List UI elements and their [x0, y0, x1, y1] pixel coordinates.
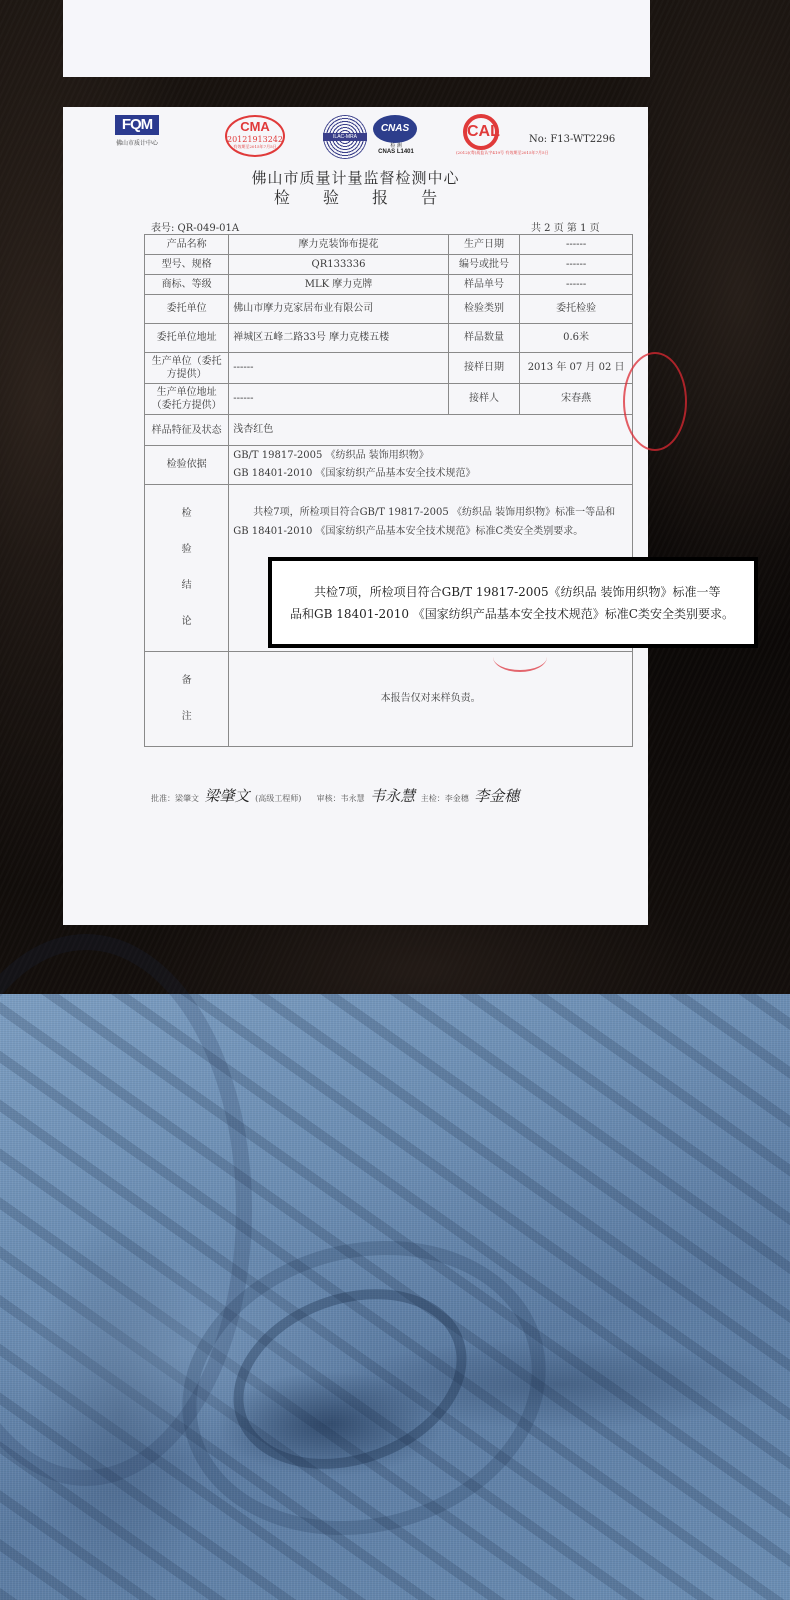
cal-seal-icon: CAL (2012)(粤)质监认字419号 有效期至2015年7月5日	[456, 114, 506, 155]
sample-features: 浅杏红色	[229, 415, 633, 446]
table-row: 样品特征及状态 浅杏红色	[145, 415, 633, 446]
table-row: 检验依据 GB/T 19817-2005 《纺织品 装饰用织物》 GB 1840…	[145, 446, 633, 485]
form-number: 表号: QR-049-01A	[151, 219, 239, 234]
table-row: 生产单位地址（委托方提供） ------ 接样人 宋春燕	[145, 384, 633, 415]
ilac-mra-logo-icon: ILAC-MRA	[323, 115, 367, 159]
model-number: QR133336	[229, 255, 449, 275]
table-row: 型号、规格 QR133336 编号或批号 ------	[145, 255, 633, 275]
fqm-logo: FQM 佛山市质计中心	[115, 115, 159, 147]
conclusion-text: 共检7项，所检项目符合GB/T 19817-2005 《纺织品 装饰用织物》标准…	[233, 503, 628, 541]
table-row: 产品名称 摩力克装饰布提花 生产日期 ------	[145, 235, 633, 255]
remarks-text: 本报告仅对来样负责。	[229, 652, 633, 747]
product-name: 摩力克装饰布提花	[229, 235, 449, 255]
cnas-logo-icon: CNAS 检 测 CNAS L1401	[373, 115, 419, 155]
basis-standard-2: GB 18401-2010 《国家纺织产品基本安全技术规范》	[233, 465, 628, 483]
conclusion-callout: 共检7项，所检项目符合GB/T 19817-2005《纺织品 装饰用织物》标准一…	[268, 557, 758, 648]
table-row: 备 注 本报告仅对来样负责。	[145, 652, 633, 747]
blue-fabric-photo	[0, 994, 790, 1600]
receive-date: 2013 年 07 月 02 日	[520, 353, 633, 384]
reviewer-signature: 韦永慧	[370, 787, 415, 805]
table-row: 商标、等级 MLK 摩力克牌 样品单号 ------	[145, 275, 633, 295]
remarks-label: 备 注	[145, 652, 229, 747]
receiver-name: 宋春燕	[520, 384, 633, 415]
conclusion-label: 检 验 结 论	[145, 485, 229, 652]
inspection-report-page: FQM 佛山市质计中心 CMA 20121913242 有效期至2015年7月5…	[63, 107, 648, 925]
brand: MLK 摩力克牌	[229, 275, 449, 295]
previous-page-fragment	[63, 0, 650, 77]
table-row: 生产单位（委托方提供） ------ 接样日期 2013 年 07 月 02 日	[145, 353, 633, 384]
report-title: 检 验 报 告	[63, 185, 648, 208]
client-name: 佛山市摩力克家居布业有限公司	[229, 295, 449, 324]
table-row: 委托单位 佛山市摩力克家居布业有限公司 检验类别 委托检验	[145, 295, 633, 324]
basis-standard-1: GB/T 19817-2005 《纺织品 装饰用织物》	[233, 447, 628, 465]
red-seal-stamp-icon	[623, 352, 687, 451]
inspector-signature: 李金穗	[474, 787, 519, 805]
page-info: 共 2 页 第 1 页	[531, 219, 600, 234]
report-table: 产品名称 摩力克装饰布提花 生产日期 ------ 型号、规格 QR133336…	[144, 234, 633, 747]
table-row: 委托单位地址 禅城区五峰二路33号 摩力克楼五楼 样品数量 0.6米	[145, 324, 633, 353]
approver-signature: 梁肇文	[205, 787, 250, 805]
signature-line: 批准：梁肇文 梁肇文 (高级工程师) 审核：韦永慧 韦永慧 主检：李金穗 李金穗	[151, 785, 522, 806]
report-number: No: F13-WT2296	[529, 134, 615, 145]
client-address: 禅城区五峰二路33号 摩力克楼五楼	[229, 324, 449, 353]
cma-seal-icon: CMA 20121913242 有效期至2015年7月5日	[225, 115, 285, 157]
